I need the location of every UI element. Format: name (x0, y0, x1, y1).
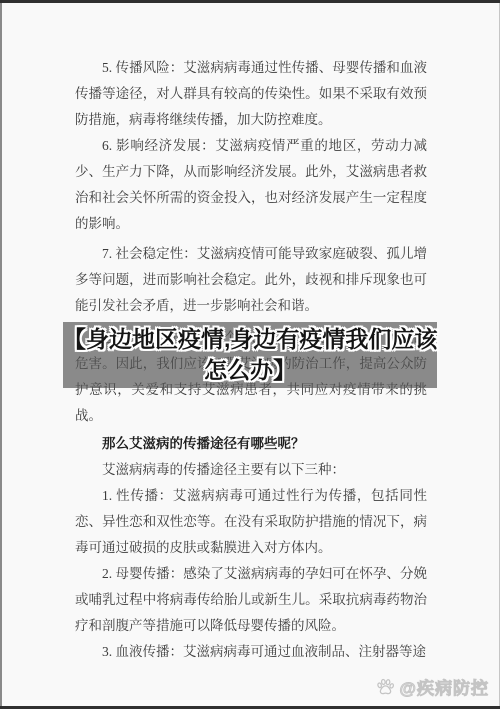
headline-title: 【身边地区疫情,身边有疫情我们应该 怎么办】 (63, 324, 437, 386)
scan-edge-left (0, 0, 2, 709)
paragraph-social-stability: 7. 社会稳定性：艾滋病疫情可能导致家庭破裂、孤儿增多等问题，进而影响社会稳定。… (75, 241, 427, 319)
paragraph-route-mother-to-child: 2. 母婴传播：感染了艾滋病病毒的孕妇可在怀孕、分娩或哺乳过程中将病毒传给胎儿或… (75, 561, 427, 639)
paragraph-economic-impact: 6. 影响经济发展：艾滋病疫情严重的地区，劳动力减少、生产力下降，从而影响经济发… (75, 133, 427, 237)
paragraph-transmission-risk: 5. 传播风险：艾滋病病毒通过性传播、母婴传播和血液传播等途径，对人群具有较高的… (75, 55, 427, 133)
paragraph-route-blood-truncated: 3. 血液传播：艾滋病病毒可通过血液制品、注射器等途 (75, 639, 427, 665)
watermark: @疾病防控 (376, 674, 489, 699)
headline-line1: 【身边地区疫情,身边有疫情我们应该 (63, 324, 437, 355)
section-heading-transmission-routes: 那么艾滋病的传播途径有哪些呢？ (75, 431, 427, 457)
paragraph-route-sexual: 1. 性传播：艾滋病病毒可通过性行为传播，包括同性恋、异性恋和双性恋等。在没有采… (75, 483, 427, 561)
paragraph-routes-intro: 艾滋病病毒的传播途径主要有以下三种： (75, 457, 427, 483)
headline-overlay-band: 【身边地区疫情,身边有疫情我们应该 怎么办】 (63, 322, 437, 388)
paw-icon (376, 677, 395, 696)
headline-line2: 怎么办】 (63, 355, 437, 386)
watermark-text: @疾病防控 (399, 674, 489, 699)
scan-edge-top (0, 0, 500, 3)
